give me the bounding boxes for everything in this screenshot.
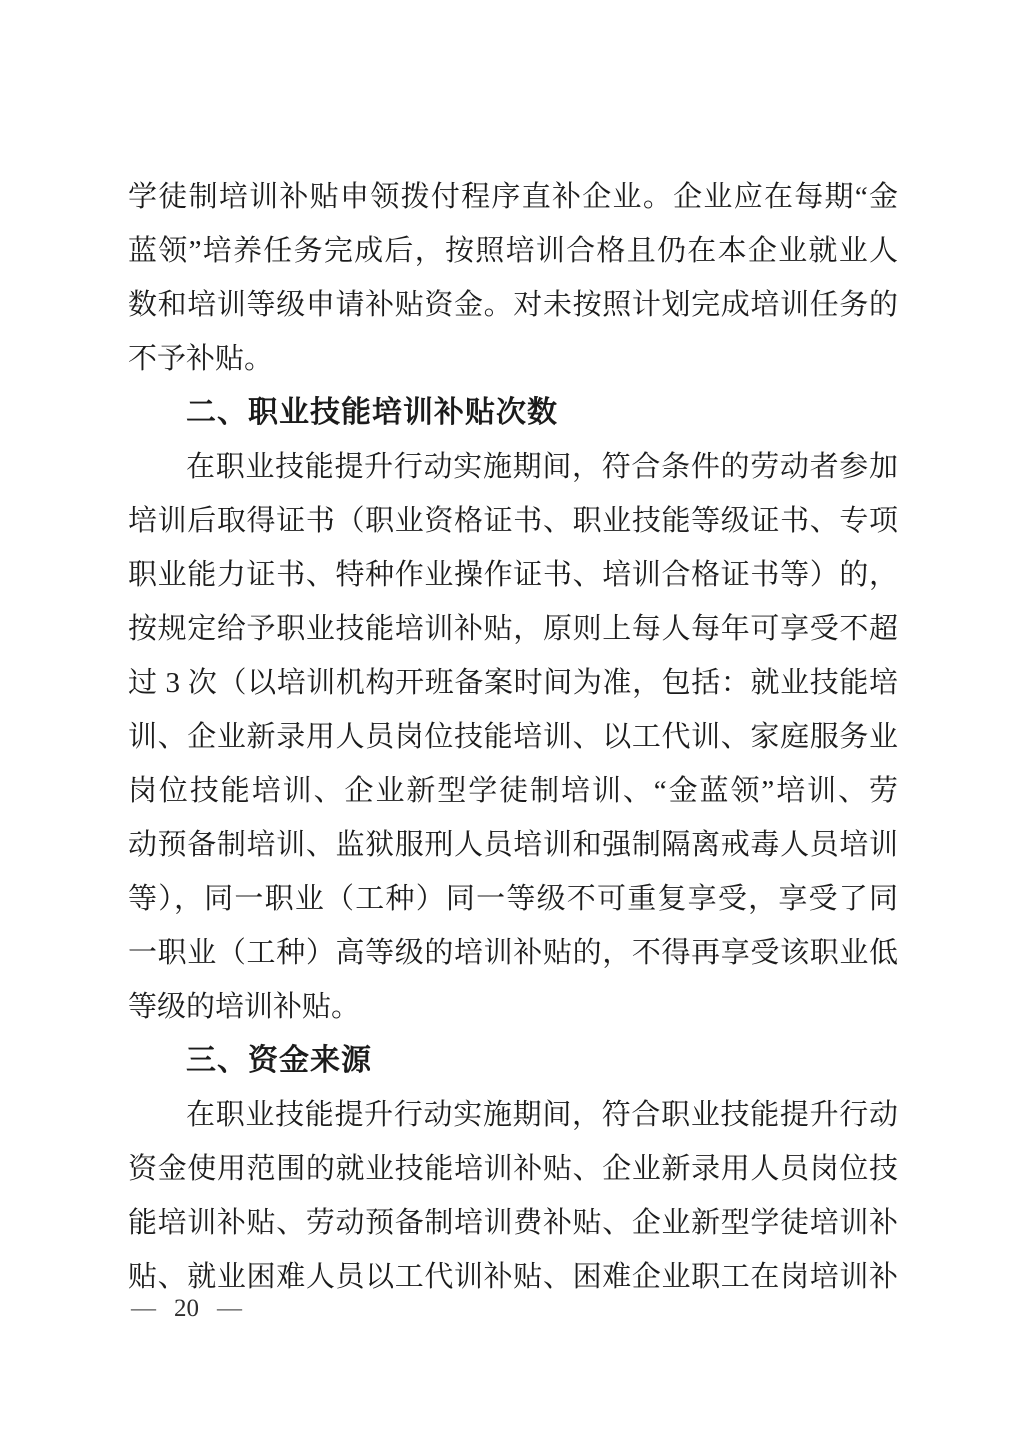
text-line: 学徒制培训补贴申领拨付程序直补企业。企业应在每期“金 [128,170,898,224]
text-line: 过 3 次（以培训机构开班备案时间为准，包括：就业技能培 [128,656,898,710]
text-line: 数和培训等级申请补贴资金。对未按照计划完成培训任务的 [128,278,898,332]
text-line: 职业能力证书、特种作业操作证书、培训合格证书等）的， [128,548,898,602]
text-line: 能培训补贴、劳动预备制培训费补贴、企业新型学徒培训补 [128,1196,898,1250]
text-line: 不予补贴。 [128,332,898,386]
text-line: 培训后取得证书（职业资格证书、职业技能等级证书、专项 [128,494,898,548]
text-line: 岗位技能培训、企业新型学徒制培训、“金蓝领”培训、劳 [128,764,898,818]
text-line: 等级的培训补贴。 [128,980,898,1034]
document-page: 学徒制培训补贴申领拨付程序直补企业。企业应在每期“金 蓝领”培养任务完成后，按照… [0,0,1024,1448]
text-line: 动预备制培训、监狱服刑人员培训和强制隔离戒毒人员培训 [128,818,898,872]
page-body-text: 学徒制培训补贴申领拨付程序直补企业。企业应在每期“金 蓝领”培养任务完成后，按照… [128,170,898,1304]
section-heading: 二、职业技能培训补贴次数 [128,386,898,440]
text-line: 在职业技能提升行动实施期间，符合条件的劳动者参加 [128,440,898,494]
section-heading: 三、资金来源 [128,1034,898,1088]
text-line: 一职业（工种）高等级的培训补贴的，不得再享受该职业低 [128,926,898,980]
text-line: 蓝领”培养任务完成后，按照培训合格且仍在本企业就业人 [128,224,898,278]
text-line: 按规定给予职业技能培训补贴，原则上每人每年可享受不超 [128,602,898,656]
text-line: 资金使用范围的就业技能培训补贴、企业新录用人员岗位技 [128,1142,898,1196]
text-line: 贴、就业困难人员以工代训补贴、困难企业职工在岗培训补 [128,1250,898,1304]
text-line: 等），同一职业（工种）同一等级不可重复享受，享受了同 [128,872,898,926]
page-number: 20 [174,1295,199,1323]
text-line: 在职业技能提升行动实施期间，符合职业技能提升行动 [128,1088,898,1142]
footer-right-dash: — [217,1295,242,1323]
footer-left-dash: — [131,1295,156,1323]
page-footer: — 20 — [131,1295,242,1323]
text-line: 训、企业新录用人员岗位技能培训、以工代训、家庭服务业 [128,710,898,764]
